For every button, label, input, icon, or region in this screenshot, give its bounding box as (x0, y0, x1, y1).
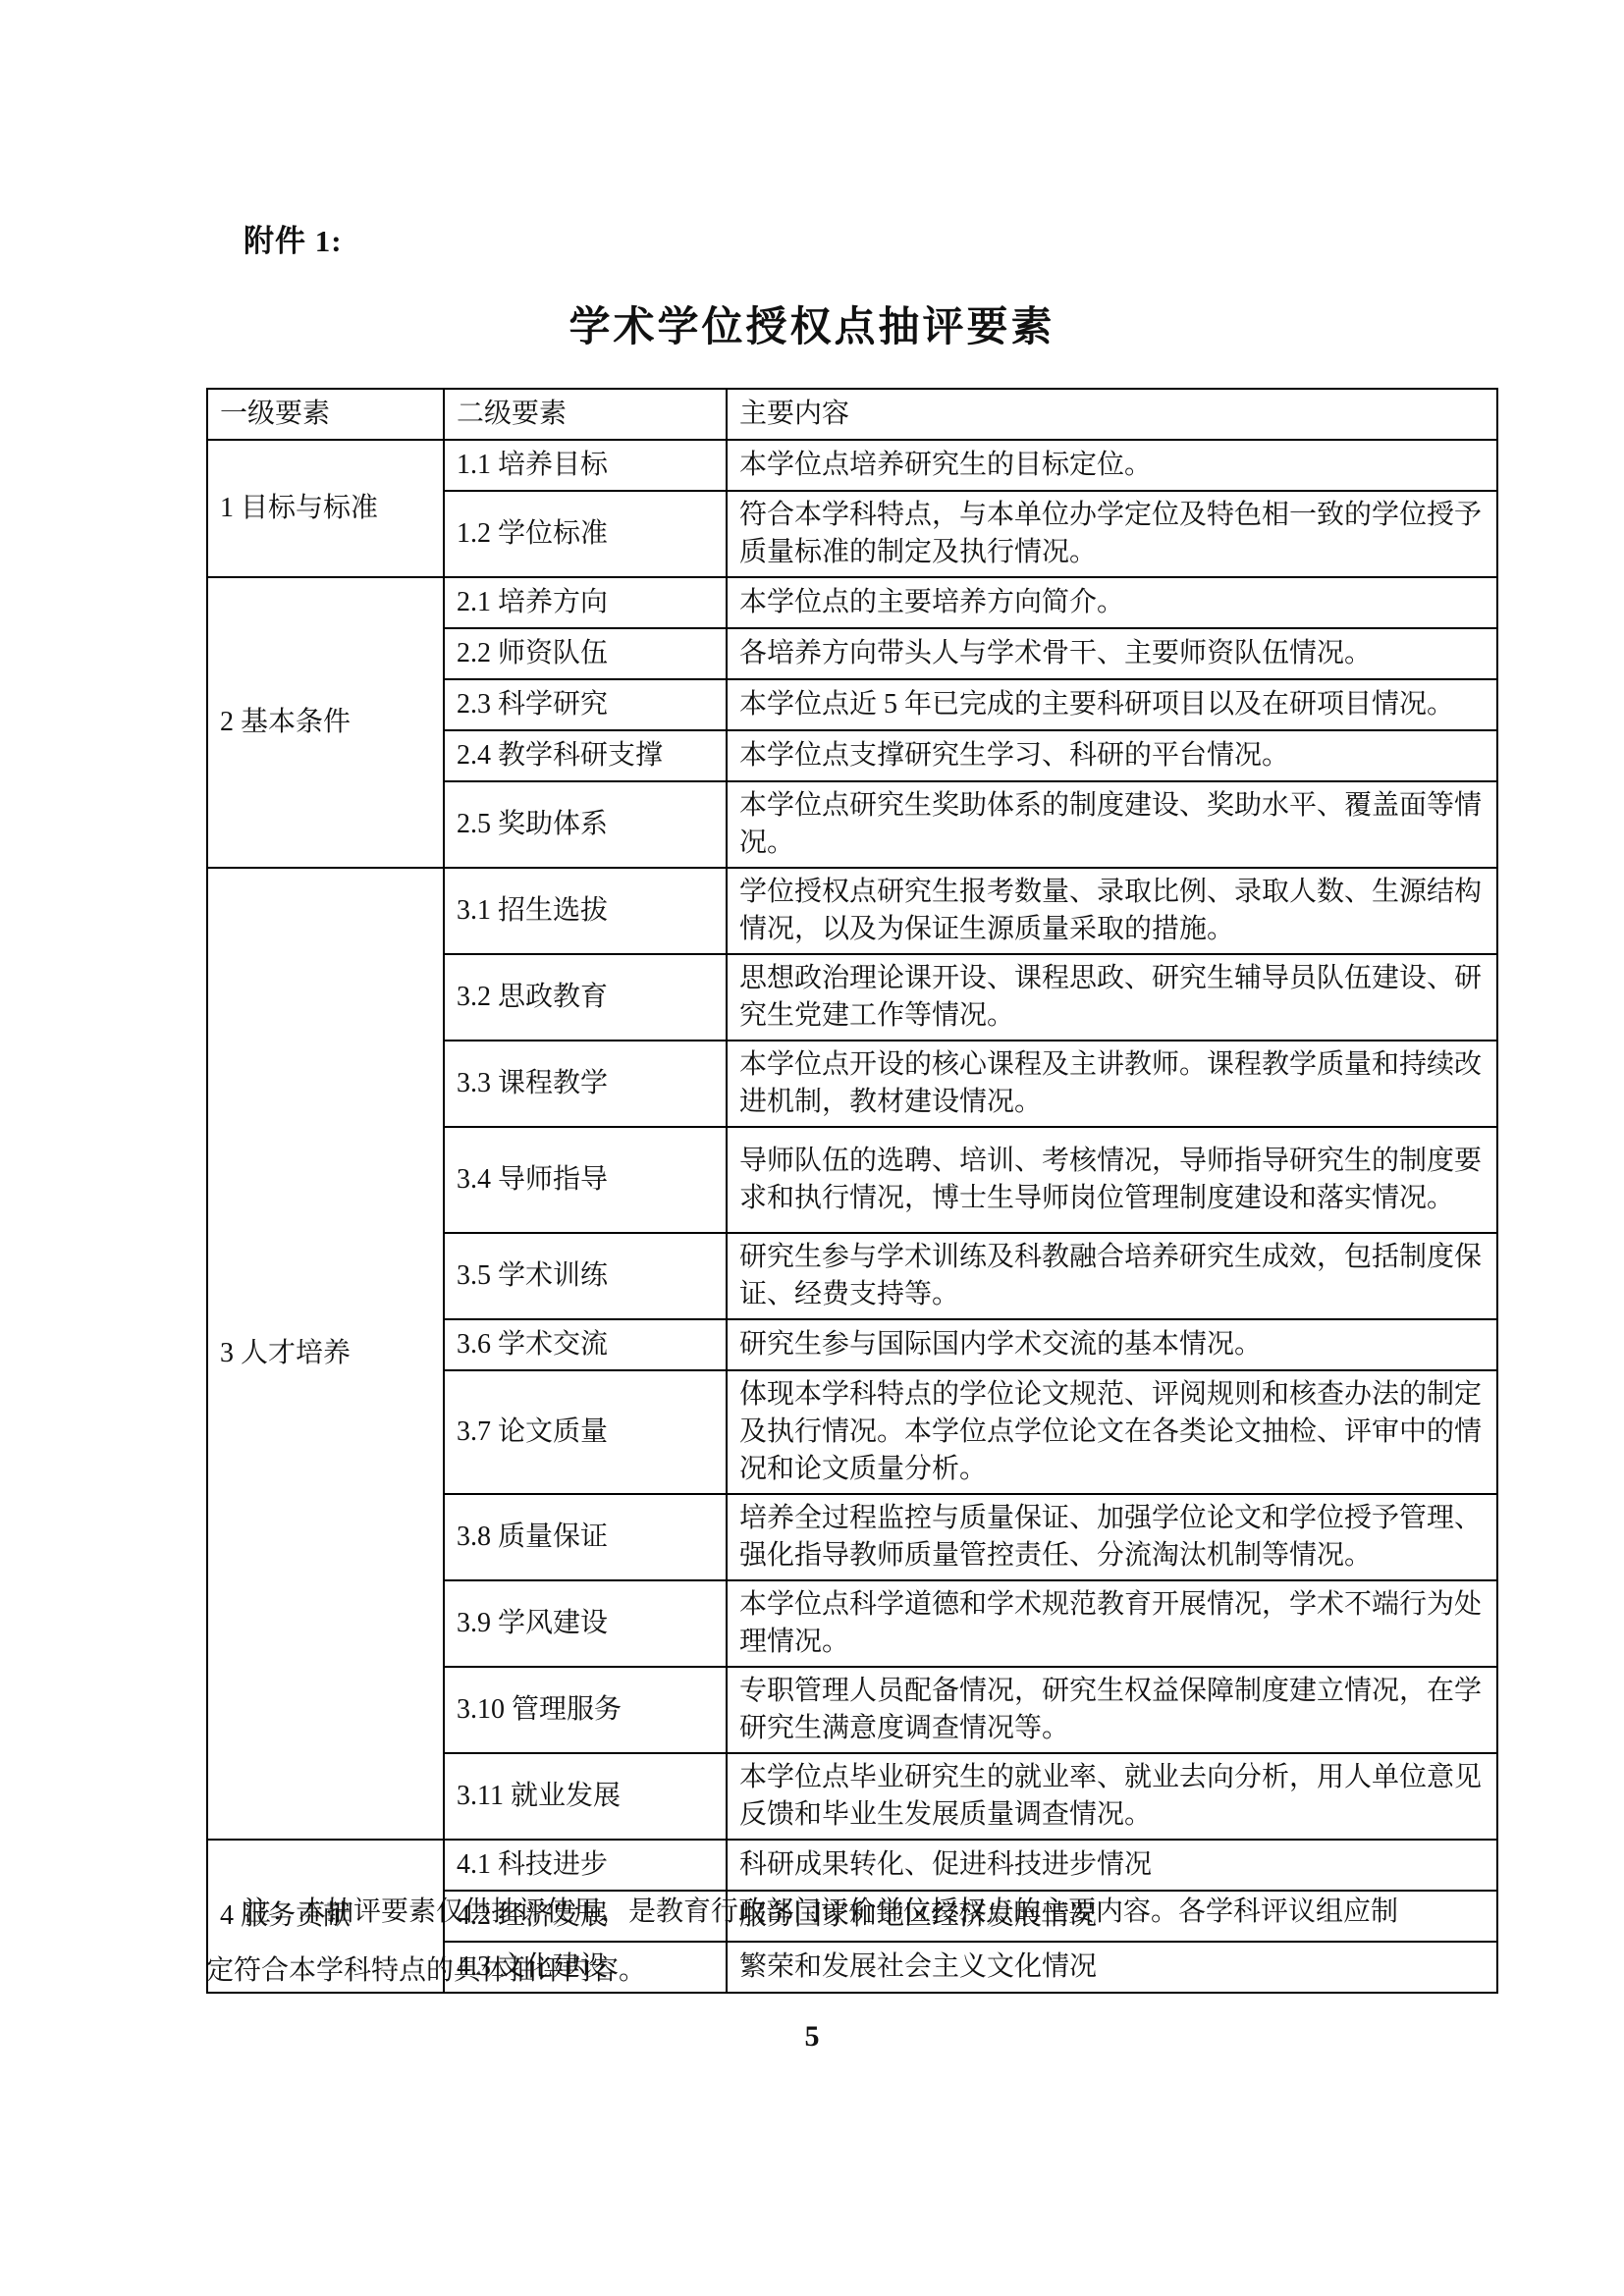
row-label-cell: 3.7 论文质量 (444, 1370, 727, 1494)
row-label-cell: 3.10 管理服务 (444, 1667, 727, 1753)
row-content-cell: 本学位点研究生奖助体系的制度建设、奖助水平、覆盖面等情况。 (727, 781, 1497, 868)
row-label-cell: 1.2 学位标准 (444, 491, 727, 577)
row-label-cell: 1.1 培养目标 (444, 440, 727, 491)
row-content-cell: 符合本学科特点，与本单位办学定位及特色相一致的学位授予质量标准的制定及执行情况。 (727, 491, 1497, 577)
row-label-cell: 3.1 招生选拔 (444, 868, 727, 954)
row-label-cell: 2.2 师资队伍 (444, 628, 727, 679)
section-cell: 1 目标与标准 (207, 440, 444, 577)
row-content-cell: 本学位点支撑研究生学习、科研的平台情况。 (727, 730, 1497, 781)
row-label-cell: 2.4 教学科研支撑 (444, 730, 727, 781)
row-content-cell: 本学位点开设的核心课程及主讲教师。课程教学质量和持续改进机制，教材建设情况。 (727, 1041, 1497, 1127)
row-label-cell: 3.9 学风建设 (444, 1580, 727, 1667)
header-cell-level2: 二级要素 (444, 389, 727, 440)
table-row: 1 目标与标准 1.1 培养目标 本学位点培养研究生的目标定位。 (207, 440, 1497, 491)
row-content-cell: 本学位点近 5 年已完成的主要科研项目以及在研项目情况。 (727, 679, 1497, 730)
row-label-cell: 2.3 科学研究 (444, 679, 727, 730)
evaluation-elements-table: 一级要素 二级要素 主要内容 1 目标与标准 1.1 培养目标 本学位点培养研究… (206, 388, 1498, 1994)
row-label-cell: 2.1 培养方向 (444, 577, 727, 628)
page-number: 5 (0, 2020, 1624, 2054)
header-cell-content: 主要内容 (727, 389, 1497, 440)
table-row: 3 人才培养 3.1 招生选拔 学位授权点研究生报考数量、录取比例、录取人数、生… (207, 868, 1497, 954)
header-cell-level1: 一级要素 (207, 389, 444, 440)
document-page: 附件 1: 学术学位授权点抽评要素 一级要素 二级要素 主要内容 1 目标与标准… (0, 0, 1624, 2296)
attachment-label: 附件 1: (244, 216, 343, 260)
row-content-cell: 思想政治理论课开设、课程思政、研究生辅导员队伍建设、研究生党建工作等情况。 (727, 954, 1497, 1041)
document-title: 学术学位授权点抽评要素 (0, 294, 1624, 353)
row-content-cell: 导师队伍的选聘、培训、考核情况，导师指导研究生的制度要求和执行情况，博士生导师岗… (727, 1127, 1497, 1233)
row-label-cell: 2.5 奖助体系 (444, 781, 727, 868)
row-content-cell: 本学位点培养研究生的目标定位。 (727, 440, 1497, 491)
table-header-row: 一级要素 二级要素 主要内容 (207, 389, 1497, 440)
row-content-cell: 培养全过程监控与质量保证、加强学位论文和学位授予管理、强化指导教师质量管控责任、… (727, 1494, 1497, 1580)
row-content-cell: 体现本学科特点的学位论文规范、评阅规则和核查办法的制定及执行情况。本学位点学位论… (727, 1370, 1497, 1494)
row-content-cell: 本学位点科学道德和学术规范教育开展情况，学术不端行为处理情况。 (727, 1580, 1497, 1667)
footnote: 注：本抽评要素仅供抽评使用，是教育行政部门评价学位授权点的主要内容。各学科评议组… (206, 1883, 1424, 2001)
row-label-cell: 3.5 学术训练 (444, 1233, 727, 1319)
row-label-cell: 3.8 质量保证 (444, 1494, 727, 1580)
row-content-cell: 本学位点毕业研究生的就业率、就业去向分析，用人单位意见反馈和毕业生发展质量调查情… (727, 1753, 1497, 1840)
row-content-cell: 各培养方向带头人与学术骨干、主要师资队伍情况。 (727, 628, 1497, 679)
row-content-cell: 本学位点的主要培养方向简介。 (727, 577, 1497, 628)
row-label-cell: 3.2 思政教育 (444, 954, 727, 1041)
row-content-cell: 研究生参与国际国内学术交流的基本情况。 (727, 1319, 1497, 1370)
row-content-cell: 专职管理人员配备情况，研究生权益保障制度建立情况，在学研究生满意度调查情况等。 (727, 1667, 1497, 1753)
row-content-cell: 研究生参与学术训练及科教融合培养研究生成效，包括制度保证、经费支持等。 (727, 1233, 1497, 1319)
section-cell: 3 人才培养 (207, 868, 444, 1840)
table-row: 2 基本条件 2.1 培养方向 本学位点的主要培养方向简介。 (207, 577, 1497, 628)
row-label-cell: 3.11 就业发展 (444, 1753, 727, 1840)
row-label-cell: 3.4 导师指导 (444, 1127, 727, 1233)
row-label-cell: 3.6 学术交流 (444, 1319, 727, 1370)
row-label-cell: 3.3 课程教学 (444, 1041, 727, 1127)
row-content-cell: 学位授权点研究生报考数量、录取比例、录取人数、生源结构情况，以及为保证生源质量采… (727, 868, 1497, 954)
section-cell: 2 基本条件 (207, 577, 444, 868)
